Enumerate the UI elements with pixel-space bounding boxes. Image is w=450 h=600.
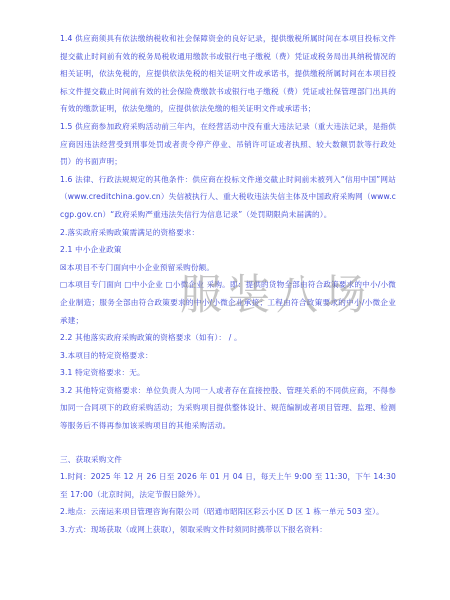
paragraph-3-heading: 3.本项目的特定资格要求： <box>60 347 396 365</box>
paragraph-3-1: 3.1 特定资格要求：无。 <box>60 364 396 382</box>
acquisition-method: 3.方式：现场获取（或网上获取），领取采购文件时须同时携带以下报名资料： <box>60 521 396 539</box>
spacer <box>60 435 396 451</box>
paragraph-2-heading: 2.落实政府采购政策需满足的资格要求： <box>60 224 396 242</box>
checkbox-option-sme: □本项目专门面向 □中小企业 □小微企业 采购。即：提供的货物全部由符合政策要求… <box>60 276 396 329</box>
document-body: 1.4 供应商须具有依法缴纳税收和社会保障资金的良好记录，提供缴税所属时间在本项… <box>60 30 396 539</box>
paragraph-1-5: 1.5 供应商参加政府采购活动前三年内，在经营活动中没有重大违法记录（重大违法记… <box>60 118 396 171</box>
checkbox-option-not-sme: ☒本项目不专门面向中小企业预留采购份额。 <box>60 259 396 277</box>
section-3-heading: 三、获取采购文件 <box>60 451 396 469</box>
paragraph-1-6: 1.6 法律、行政法规规定的其他条件：供应商在投标文件递交截止时间前未被列入“信… <box>60 171 396 224</box>
acquisition-time: 1.时间：2025 年 12 月 26 日至 2026 年 01 月 04 日，… <box>60 468 396 503</box>
paragraph-3-2: 3.2 其他特定资格要求：单位负责人为同一人或者存在直接控股、管理关系的不同供应… <box>60 382 396 435</box>
paragraph-2-2: 2.2 其他落实政府采购政策的资格要求（如有）： / 。 <box>60 329 396 347</box>
paragraph-2-1: 2.1 中小企业政策 <box>60 241 396 259</box>
paragraph-1-4: 1.4 供应商须具有依法缴纳税收和社会保障资金的良好记录，提供缴税所属时间在本项… <box>60 30 396 118</box>
acquisition-location: 2.地点：云南运来项目管理咨询有限公司（昭通市昭阳区彩云小区 D 区 1 栋一单… <box>60 503 396 521</box>
